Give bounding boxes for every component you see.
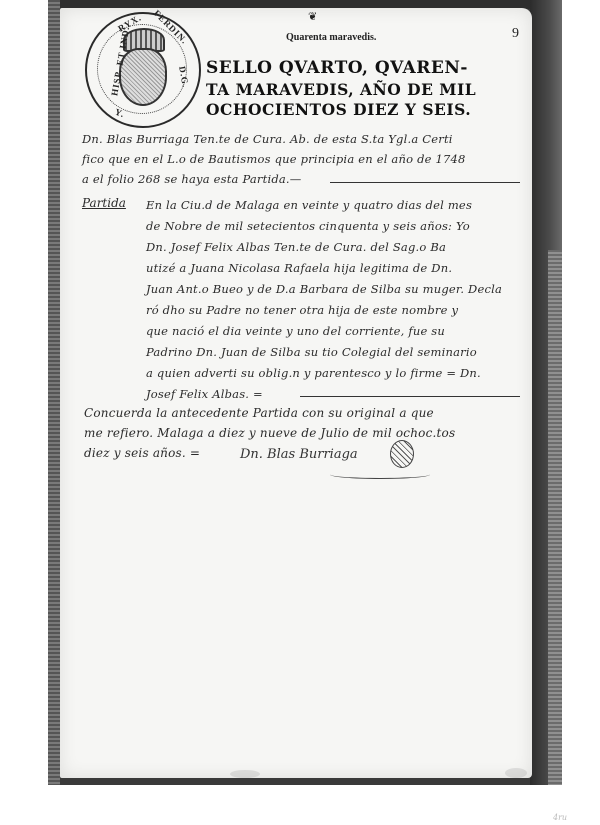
signature: Dn. Blas Burriaga <box>240 447 358 462</box>
stamp-header-line: SELLO QVARTO, QVAREN- <box>206 58 468 78</box>
stamp-value-line: Quarenta maravedis. <box>286 32 376 43</box>
royal-seal: RYX. FERDIN. HISP. ET IND. D.G. Y. <box>85 12 201 128</box>
rubric-underline <box>330 470 430 479</box>
scan-right-border-texture <box>548 250 562 785</box>
manuscript-line: a quien adverti su oblig.n y parentesco … <box>146 366 481 380</box>
ornament-icon: ❦ <box>308 10 317 23</box>
coat-of-arms-icon <box>119 48 167 106</box>
line-filler <box>330 182 520 183</box>
manuscript-line: ró dho su Padre no tener otra hija de es… <box>146 303 458 317</box>
manuscript-line: fico que en el L.o de Bautismos que prin… <box>82 152 466 166</box>
stamp-header-line: OCHOCIENTOS DIEZ Y SEIS. <box>206 100 471 119</box>
manuscript-line: Juan Ant.o Bueo y de D.a Barbara de Silb… <box>146 282 502 296</box>
margin-label: Partida <box>82 196 126 210</box>
page-number: 9 <box>512 26 519 42</box>
manuscript-line: me refiero. Malaga a diez y nueve de Jul… <box>84 426 455 440</box>
manuscript-line: de Nobre de mil setecientos cinquenta y … <box>146 219 470 233</box>
manuscript-line: Concuerda la antecedente Partida con su … <box>84 406 434 420</box>
paper-stain <box>230 770 260 778</box>
paper-stain <box>505 768 527 778</box>
seal-legend: Y. <box>114 107 127 120</box>
rubric-flourish-icon <box>390 440 414 468</box>
manuscript-line: utizé a Juana Nicolasa Rafaela hija legi… <box>146 261 452 275</box>
scan-left-border <box>48 0 60 785</box>
pencil-annotation: 4ru <box>553 813 567 822</box>
stamp-header-line: TA MARAVEDIS, AÑO DE MIL <box>206 80 476 99</box>
manuscript-line: a el folio 268 se haya esta Partida.— <box>82 172 302 186</box>
manuscript-line: Padrino Dn. Juan de Silba su tio Colegia… <box>146 345 477 359</box>
manuscript-line: Josef Felix Albas. = <box>146 387 263 401</box>
manuscript-line: En la Ciu.d de Malaga en veinte y quatro… <box>146 198 472 212</box>
manuscript-line: que nació el dia veinte y uno del corrie… <box>146 324 445 338</box>
manuscript-line: diez y seis años. = <box>84 446 200 460</box>
manuscript-line: Dn. Josef Felix Albas Ten.te de Cura. de… <box>146 240 446 254</box>
line-filler <box>300 396 520 397</box>
manuscript-line: Dn. Blas Burriaga Ten.te de Cura. Ab. de… <box>82 132 453 146</box>
